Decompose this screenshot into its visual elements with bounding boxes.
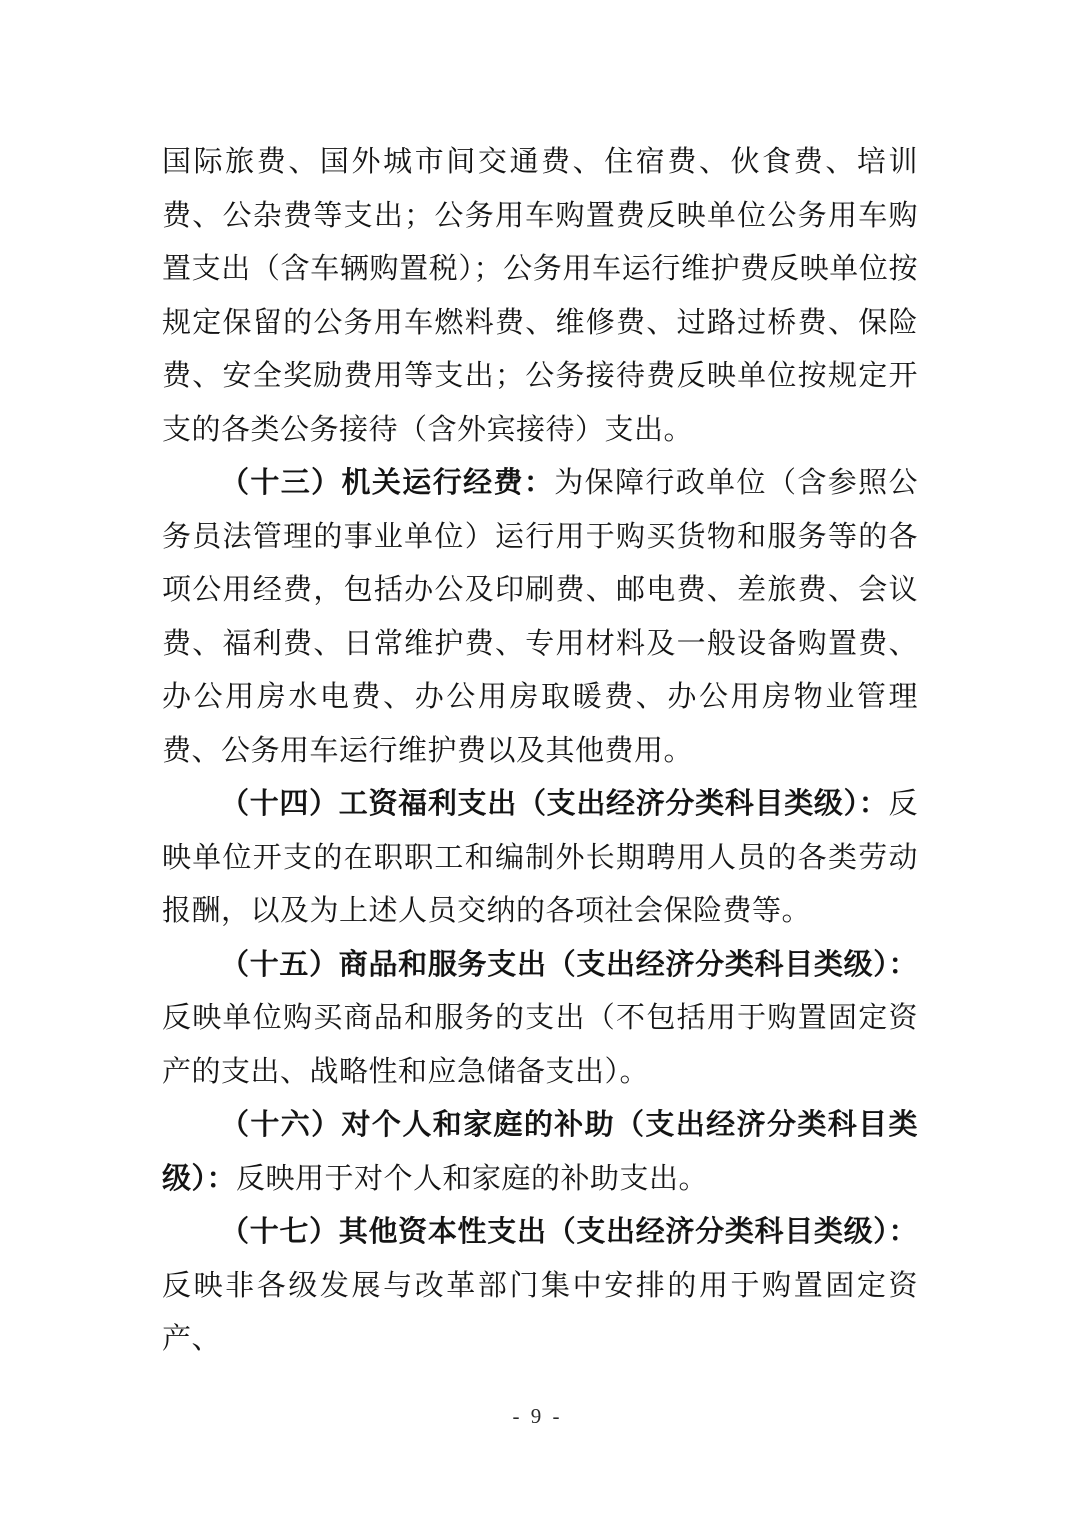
paragraph-text: 反映用于对个人和家庭的补助支出。 — [236, 1163, 708, 1195]
document-body: 国际旅费、国外城市间交通费、住宿费、伙食费、培训费、公杂费等支出；公务用车购置费… — [162, 136, 918, 1367]
paragraph-text: 反映非各级发展与改革部门集中安排的用于购置固定资产、 — [162, 1270, 918, 1356]
paragraph-item-15: （十五）商品和服务支出（支出经济分类科目类级）：反映单位购买商品和服务的支出（不… — [162, 939, 918, 1100]
paragraph-text: 反映单位购买商品和服务的支出（不包括用于购置固定资产的支出、战略性和应急储备支出… — [162, 1002, 918, 1088]
paragraph-lead: （十三）机关运行经费： — [220, 467, 554, 499]
paragraph-item-16: （十六）对个人和家庭的补助（支出经济分类科目类级）：反映用于对个人和家庭的补助支… — [162, 1099, 918, 1206]
page-number: - 9 - — [0, 1404, 1075, 1429]
paragraph-lead: （十四）工资福利支出（支出经济分类科目类级）： — [220, 788, 888, 820]
paragraph-item-17: （十七）其他资本性支出（支出经济分类科目类级）：反映非各级发展与改革部门集中安排… — [162, 1206, 918, 1367]
document-page: 国际旅费、国外城市间交通费、住宿费、伙食费、培训费、公杂费等支出；公务用车购置费… — [0, 0, 1075, 1520]
paragraph-text: 国际旅费、国外城市间交通费、住宿费、伙食费、培训费、公杂费等支出；公务用车购置费… — [162, 146, 918, 446]
paragraph-item-14: （十四）工资福利支出（支出经济分类科目类级）：反映单位开支的在职职工和编制外长期… — [162, 778, 918, 939]
paragraph-lead: （十七）其他资本性支出（支出经济分类科目类级）： — [220, 1216, 918, 1248]
paragraph-item-13: （十三）机关运行经费：为保障行政单位（含参照公务员法管理的事业单位）运行用于购买… — [162, 457, 918, 778]
paragraph-continuation: 国际旅费、国外城市间交通费、住宿费、伙食费、培训费、公杂费等支出；公务用车购置费… — [162, 136, 918, 457]
paragraph-text: 为保障行政单位（含参照公务员法管理的事业单位）运行用于购买货物和服务等的各项公用… — [162, 467, 918, 767]
paragraph-lead: （十五）商品和服务支出（支出经济分类科目类级）： — [220, 949, 918, 981]
